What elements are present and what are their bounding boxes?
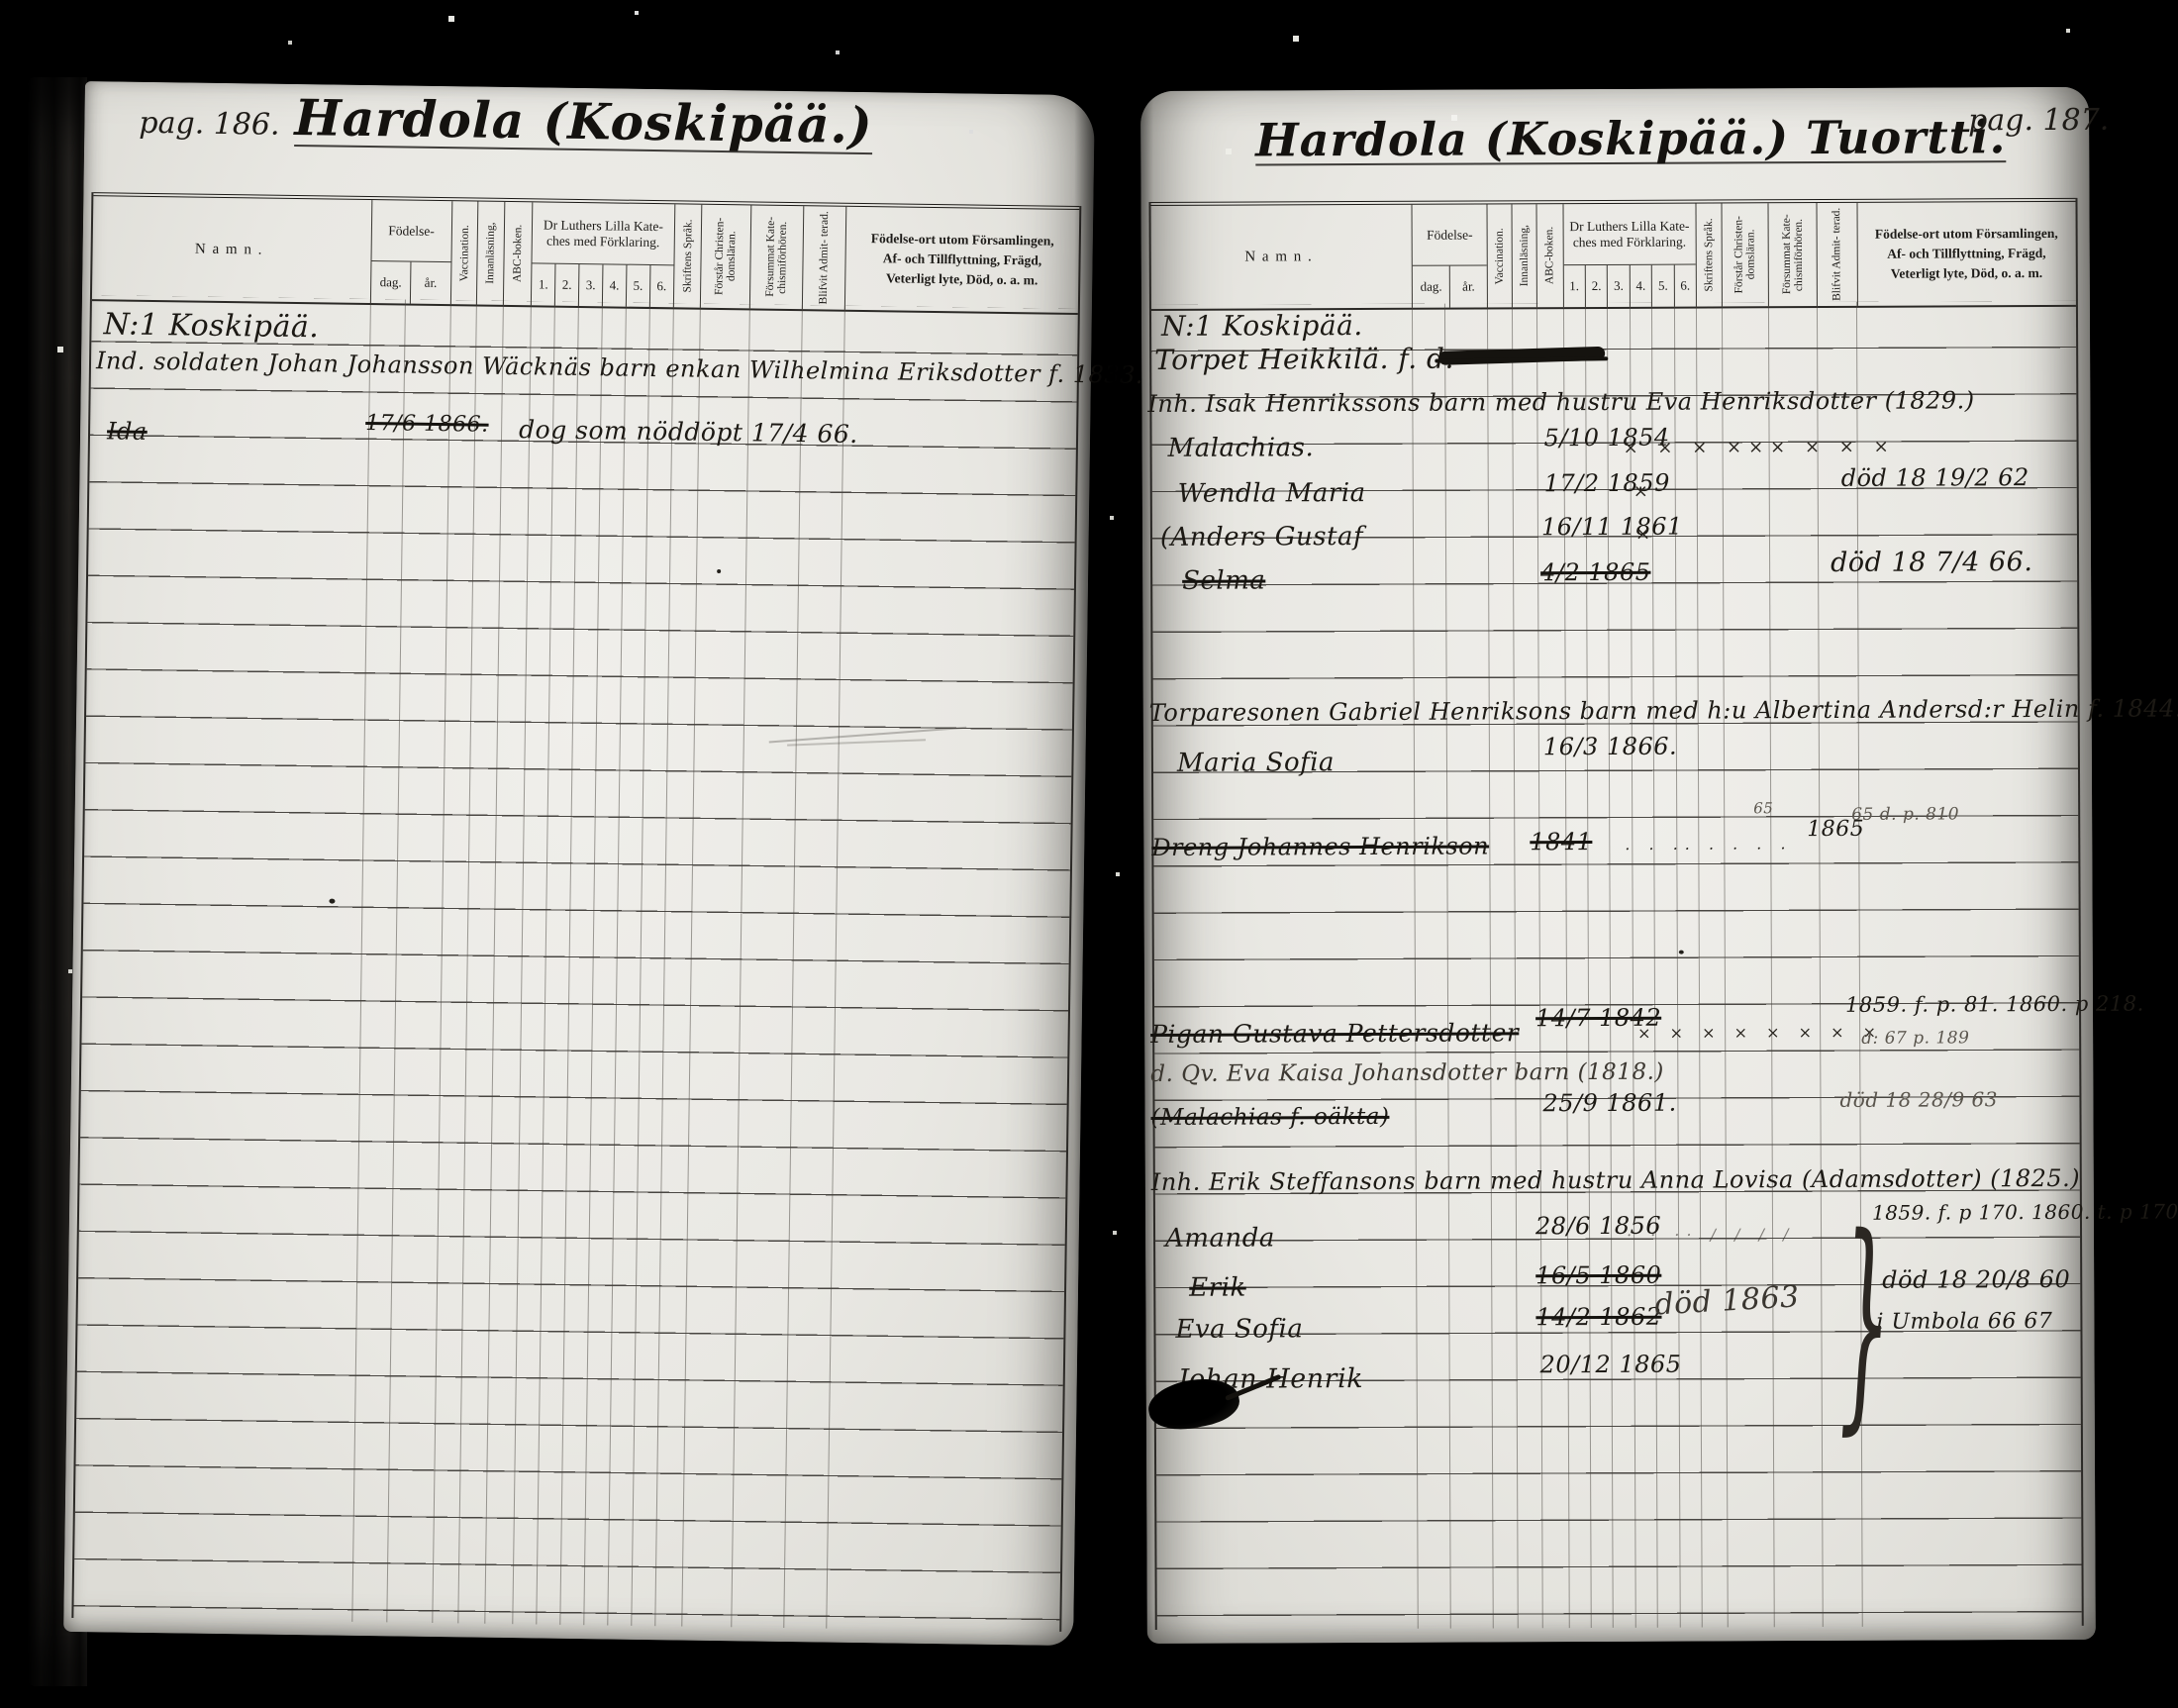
book-gutter-shadow	[1074, 79, 1153, 1663]
child-name: (Anders Gustaf	[1160, 524, 1363, 551]
section-heading: N:1 Koskipää.	[1161, 312, 1363, 341]
woman-entry: d. Qv. Eva Kaisa Johansdotter barn (1818…	[1150, 1061, 1664, 1086]
death-note: död 18 7/4 66.	[1831, 549, 2032, 576]
birth-date: 17/6 1866.	[365, 413, 489, 437]
maid-entry: Pigan Gustava Pettersdotter	[1150, 1020, 1519, 1047]
moved-note: i Umbola 66 67	[1876, 1311, 2052, 1334]
death-note: död 18 20/8 60	[1882, 1267, 2070, 1292]
child-name: Selma	[1182, 567, 1265, 593]
child-name: Amanda	[1165, 1225, 1275, 1251]
family-entry: Torparesonen Gabriel Henriksons barn med…	[1149, 696, 2178, 725]
servant-entry: Dreng Johannes Henrikson	[1151, 834, 1489, 858]
page-right: Hardola (Koskipää.) Tuortti. pag. 187. N…	[1140, 87, 2096, 1644]
birth-date: 25/9 1861.	[1542, 1091, 1676, 1116]
exam-marks: × × × × × × × ×	[1637, 1025, 1883, 1042]
death-note: död 1863	[1654, 1282, 1801, 1320]
reference-note: 1859. f. p 170. 1860. t. p 170.	[1872, 1201, 2178, 1222]
child-name: Maria Sofia	[1177, 750, 1335, 776]
ink-speck	[329, 899, 335, 904]
birth-date: 14/2 1862	[1535, 1305, 1661, 1330]
family-entry: Inh. Erik Steffansons barn med hustru An…	[1151, 1166, 2080, 1194]
child-name: Eva Sofia	[1175, 1316, 1303, 1343]
birth-date: 20/12 1865	[1540, 1353, 1682, 1377]
child-name: Malachias.	[1168, 435, 1315, 461]
exam-mark: ×	[1633, 483, 1655, 501]
exam-marks: × × × ××× × × ×	[1624, 439, 1896, 457]
child-name: Ida	[107, 419, 148, 444]
birth-date: 4/2 1865	[1540, 560, 1650, 584]
admitted-year: 65	[1753, 801, 1773, 816]
reference-note: 1859. f. p. 81. 1860. p 218.	[1845, 994, 2144, 1016]
section-heading: N:1 Koskipää.	[103, 310, 319, 343]
death-note: dog som nöddöpt 17/4 66.	[519, 417, 858, 447]
croft-heading: Torpet Heikkilä. f. d.	[1154, 346, 1454, 374]
reference-note: d: 67 p. 189	[1861, 1030, 1969, 1047]
exam-mark: ×	[1635, 526, 1657, 544]
handwriting-right: N:1 Koskipää. Torpet Heikkilä. f. d. Inh…	[1140, 87, 2096, 1644]
birth-date: 16/5 1860	[1535, 1263, 1661, 1288]
grouping-brace: }	[1838, 1207, 1892, 1436]
child-name: Wendla Maria	[1178, 480, 1366, 507]
birth-year: 1841	[1530, 830, 1592, 854]
birth-date: 16/11 1861	[1541, 515, 1683, 540]
church-record-book-scan: pag. 186. Hardola (Koskipää.) Namn. Föde…	[0, 0, 2178, 1708]
ink-speck	[717, 569, 721, 573]
exam-marks: · · ·· · · · ·	[1625, 841, 1792, 857]
family-entry: Ind. soldaten Johan Johansson Wäcknäs ba…	[96, 349, 1143, 387]
child-name: Erik	[1189, 1275, 1246, 1301]
blotted-word	[1438, 347, 1605, 365]
death-note: död 18 28/9 63	[1839, 1089, 1998, 1110]
birth-date: 16/3 1866.	[1543, 735, 1677, 759]
page-left: pag. 186. Hardola (Koskipää.) Namn. Föde…	[63, 81, 1095, 1646]
death-note: död 18 19/2 62	[1841, 465, 2029, 490]
ink-speck	[1679, 951, 1684, 954]
exam-marks: · · ·· / / / /	[1627, 1227, 1795, 1244]
family-entry: Inh. Isak Henrikssons barn med hustru Ev…	[1147, 388, 1974, 416]
child-name: (Malachias f. oäkta)	[1150, 1106, 1389, 1130]
dust-specks	[0, 0, 2, 2]
pencil-scribble	[769, 727, 967, 752]
handwriting-left: N:1 Koskipää. Ind. soldaten Johan Johans…	[63, 81, 1095, 1646]
reference-note: 65 d. p. 810	[1851, 806, 1959, 823]
